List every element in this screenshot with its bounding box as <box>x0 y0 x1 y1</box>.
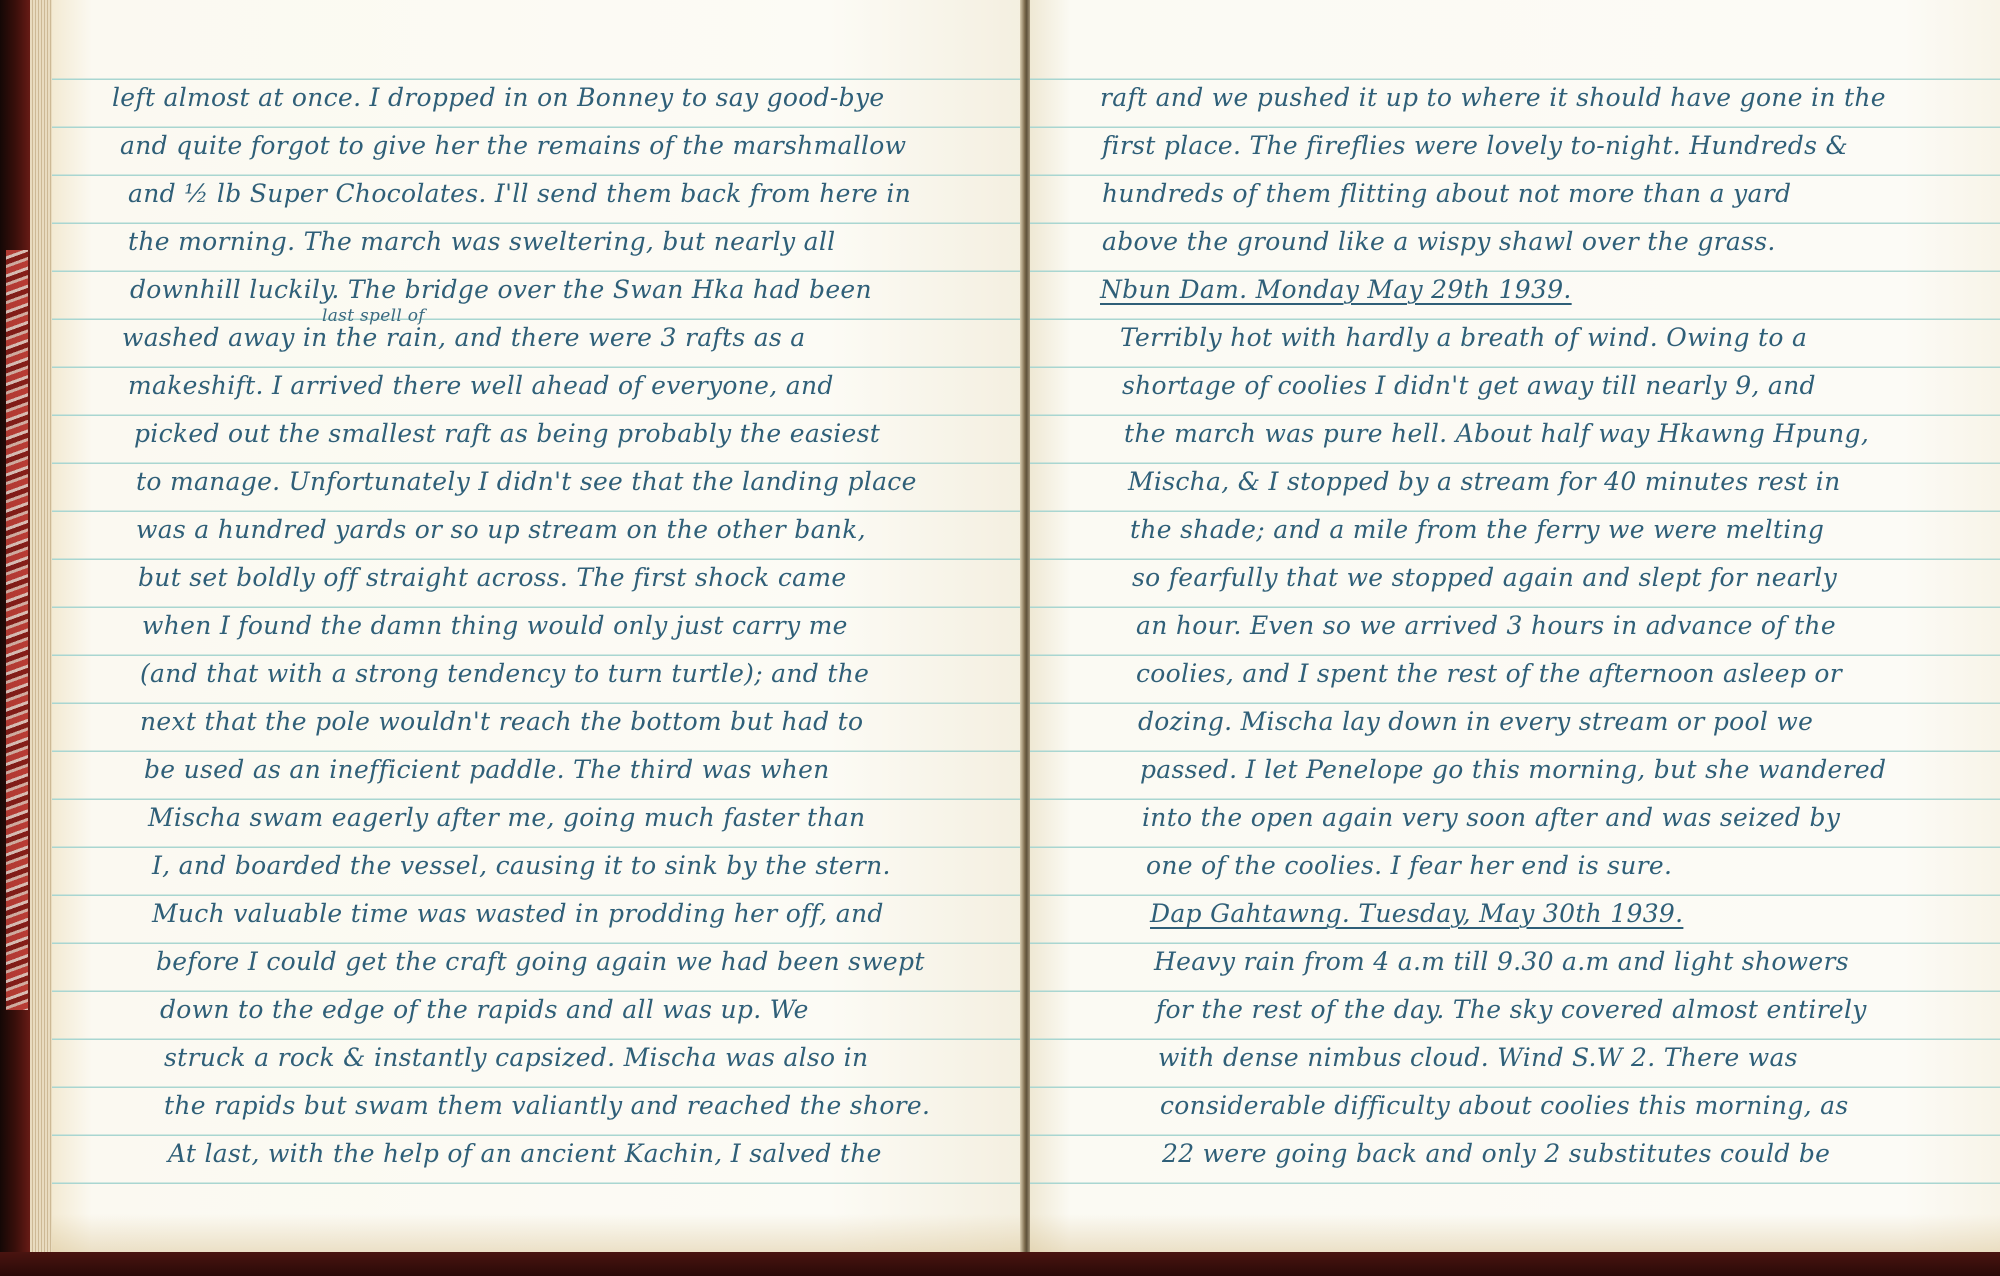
line-text: considerable difficulty about coolies th… <box>1160 1091 1848 1120</box>
line-text: coolies, and I spent the rest of the aft… <box>1136 659 1842 688</box>
text-line: Much valuable time was wasted in proddin… <box>52 890 1024 938</box>
text-line: one of the coolies. I fear her end is su… <box>1030 842 2000 890</box>
left-page-text: left almost at once. I dropped in on Bon… <box>52 74 1024 1178</box>
text-line: into the open again very soon after and … <box>1030 794 2000 842</box>
text-line: the shade; and a mile from the ferry we … <box>1030 506 2000 554</box>
text-line: Terribly hot with hardly a breath of win… <box>1030 314 2000 362</box>
line-text: the shade; and a mile from the ferry we … <box>1130 515 1824 544</box>
text-line: down to the edge of the rapids and all w… <box>52 986 1024 1034</box>
line-text: and quite forgot to give her the remains… <box>120 131 906 160</box>
line-text: Mischa swam eagerly after me, going much… <box>148 803 865 832</box>
text-line: be used as an inefficient paddle. The th… <box>52 746 1024 794</box>
right-page: raft and we pushed it up to where it sho… <box>1030 0 2000 1254</box>
text-line: Mischa swam eagerly after me, going much… <box>52 794 1024 842</box>
line-text: I, and boarded the vessel, causing it to… <box>152 851 891 880</box>
text-line: shortage of coolies I didn't get away ti… <box>1030 362 2000 410</box>
text-line: first place. The fireflies were lovely t… <box>1030 122 2000 170</box>
left-page: left almost at once. I dropped in on Bon… <box>52 0 1024 1254</box>
line-text: but set boldly off straight across. The … <box>138 563 846 592</box>
page-edges <box>30 0 52 1254</box>
text-line: was a hundred yards or so up stream on t… <box>52 506 1024 554</box>
line-text: and ½ lb Super Chocolates. I'll send the… <box>128 179 911 208</box>
text-line: hundreds of them flitting about not more… <box>1030 170 2000 218</box>
cover-bottom-edge <box>0 1252 2000 1276</box>
entry-heading: Dap Gahtawng. Tuesday, May 30th 1939. <box>1030 890 2000 938</box>
line-text: Dap Gahtawng. Tuesday, May 30th 1939. <box>1150 899 1683 928</box>
line-text: picked out the smallest raft as being pr… <box>134 419 880 448</box>
text-line: (and that with a strong tendency to turn… <box>52 650 1024 698</box>
text-line: left almost at once. I dropped in on Bon… <box>52 74 1024 122</box>
text-line: raft and we pushed it up to where it sho… <box>1030 74 2000 122</box>
text-line: picked out the smallest raft as being pr… <box>52 410 1024 458</box>
line-text: Mischa, & I stopped by a stream for 40 m… <box>1128 467 1840 496</box>
text-line: the march was pure hell. About half way … <box>1030 410 2000 458</box>
line-text: an hour. Even so we arrived 3 hours in a… <box>1136 611 1836 640</box>
text-line: washed away in the rain, and there were … <box>52 314 1024 362</box>
line-text: washed away in the rain, and there were … <box>122 323 805 352</box>
right-page-text: raft and we pushed it up to where it sho… <box>1030 74 2000 1178</box>
text-line: Mischa, & I stopped by a stream for 40 m… <box>1030 458 2000 506</box>
line-text: next that the pole wouldn't reach the bo… <box>140 707 863 736</box>
text-line: 22 were going back and only 2 substitute… <box>1030 1130 2000 1178</box>
line-text: with dense nimbus cloud. Wind S.W 2. The… <box>1158 1043 1798 1072</box>
line-text: was a hundred yards or so up stream on t… <box>136 515 866 544</box>
line-text: Much valuable time was wasted in proddin… <box>152 899 884 928</box>
line-text: into the open again very soon after and … <box>1142 803 1840 832</box>
line-text: Nbun Dam. Monday May 29th 1939. <box>1100 275 1572 304</box>
text-line: the morning. The march was sweltering, b… <box>52 218 1024 266</box>
text-line: and quite forgot to give her the remains… <box>52 122 1024 170</box>
text-line: when I found the damn thing would only j… <box>52 602 1024 650</box>
line-text: down to the edge of the rapids and all w… <box>160 995 809 1024</box>
text-line: downhill luckily. The bridge over the Sw… <box>52 266 1024 314</box>
marbled-endpaper <box>6 250 28 1010</box>
interlinear-insertion: last spell of <box>322 292 425 340</box>
line-text: (and that with a strong tendency to turn… <box>140 659 869 688</box>
text-line: struck a rock & instantly capsized. Misc… <box>52 1034 1024 1082</box>
line-text: the rapids but swam them valiantly and r… <box>164 1091 930 1120</box>
text-line: At last, with the help of an ancient Kac… <box>52 1130 1024 1178</box>
text-line: to manage. Unfortunately I didn't see th… <box>52 458 1024 506</box>
line-text: so fearfully that we stopped again and s… <box>1132 563 1837 592</box>
text-line: dozing. Mischa lay down in every stream … <box>1030 698 2000 746</box>
entry-heading: Nbun Dam. Monday May 29th 1939. <box>1030 266 2000 314</box>
text-line: next that the pole wouldn't reach the bo… <box>52 698 1024 746</box>
line-text: dozing. Mischa lay down in every stream … <box>1138 707 1813 736</box>
line-text: At last, with the help of an ancient Kac… <box>168 1139 882 1168</box>
line-text: the march was pure hell. About half way … <box>1124 419 1869 448</box>
text-line: so fearfully that we stopped again and s… <box>1030 554 2000 602</box>
text-line: an hour. Even so we arrived 3 hours in a… <box>1030 602 2000 650</box>
text-line: I, and boarded the vessel, causing it to… <box>52 842 1024 890</box>
text-line: the rapids but swam them valiantly and r… <box>52 1082 1024 1130</box>
text-line: Heavy rain from 4 a.m till 9.30 a.m and … <box>1030 938 2000 986</box>
line-text: makeshift. I arrived there well ahead of… <box>128 371 834 400</box>
line-text: 22 were going back and only 2 substitute… <box>1162 1139 1830 1168</box>
line-text: when I found the damn thing would only j… <box>142 611 848 640</box>
line-text: left almost at once. I dropped in on Bon… <box>112 83 885 112</box>
text-line: for the rest of the day. The sky covered… <box>1030 986 2000 1034</box>
line-text: the morning. The march was sweltering, b… <box>128 227 835 256</box>
line-text: one of the coolies. I fear her end is su… <box>1146 851 1672 880</box>
line-text: hundreds of them flitting about not more… <box>1102 179 1791 208</box>
text-line: with dense nimbus cloud. Wind S.W 2. The… <box>1030 1034 2000 1082</box>
line-text: Terribly hot with hardly a breath of win… <box>1120 323 1807 352</box>
line-text: be used as an inefficient paddle. The th… <box>144 755 830 784</box>
text-line: above the ground like a wispy shawl over… <box>1030 218 2000 266</box>
line-text: to manage. Unfortunately I didn't see th… <box>136 467 917 496</box>
text-line: and ½ lb Super Chocolates. I'll send the… <box>52 170 1024 218</box>
text-line: considerable difficulty about coolies th… <box>1030 1082 2000 1130</box>
text-line: coolies, and I spent the rest of the aft… <box>1030 650 2000 698</box>
line-text: before I could get the craft going again… <box>156 947 925 976</box>
line-text: struck a rock & instantly capsized. Misc… <box>164 1043 868 1072</box>
line-text: first place. The fireflies were lovely t… <box>1102 131 1848 160</box>
line-text: passed. I let Penelope go this morning, … <box>1140 755 1886 784</box>
line-text: Heavy rain from 4 a.m till 9.30 a.m and … <box>1154 947 1849 976</box>
text-line: before I could get the craft going again… <box>52 938 1024 986</box>
line-text: shortage of coolies I didn't get away ti… <box>1122 371 1816 400</box>
line-text: above the ground like a wispy shawl over… <box>1102 227 1776 256</box>
text-line: makeshift. I arrived there well ahead of… <box>52 362 1024 410</box>
text-line: but set boldly off straight across. The … <box>52 554 1024 602</box>
line-text: raft and we pushed it up to where it sho… <box>1100 83 1886 112</box>
text-line: passed. I let Penelope go this morning, … <box>1030 746 2000 794</box>
line-text: downhill luckily. The bridge over the Sw… <box>130 275 872 304</box>
line-text: for the rest of the day. The sky covered… <box>1156 995 1867 1024</box>
